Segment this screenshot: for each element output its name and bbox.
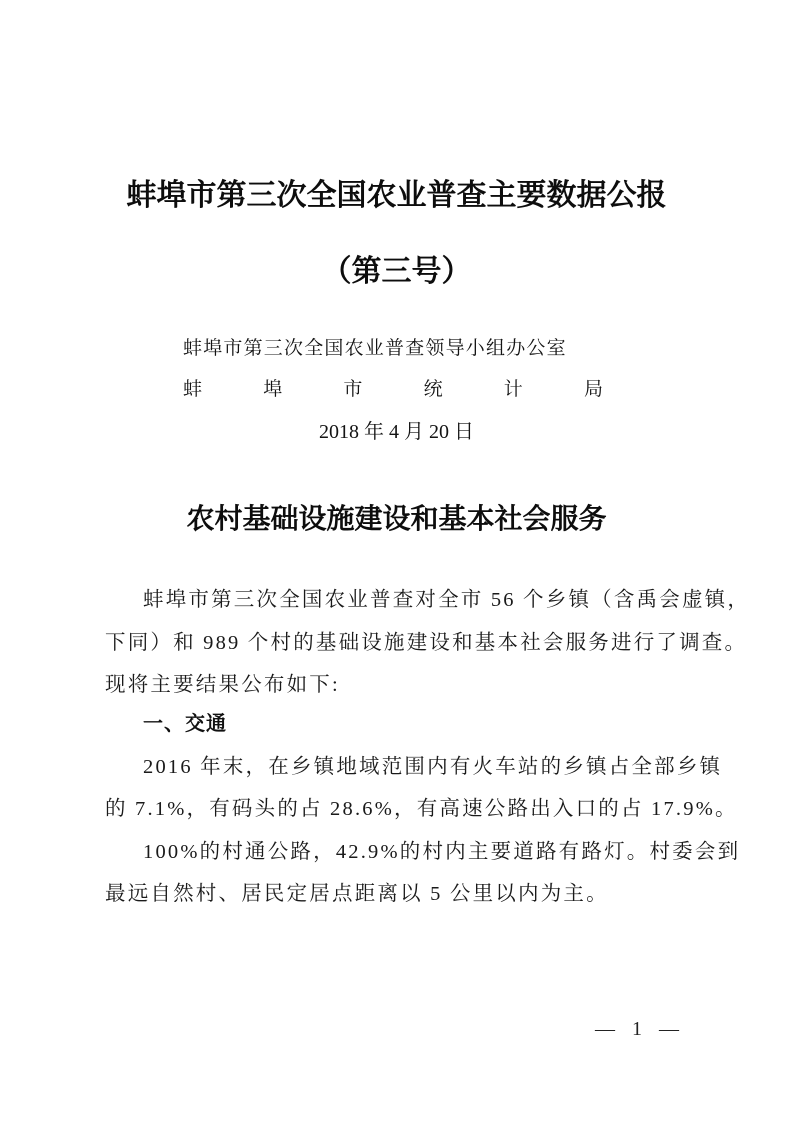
page-number: — 1 —: [595, 1018, 685, 1041]
intro-line-3: 现将主要结果公布如下:: [105, 667, 340, 697]
heading-transport: 一、交通: [143, 707, 227, 736]
issuer-office: 蚌埠市第三次全国农业普查领导小组办公室: [183, 333, 567, 360]
issuer-char: 统: [424, 374, 443, 401]
para1-line-2: 的 7.1%，有码头的占 28.6%，有高速公路出入口的占 17.9%。: [105, 791, 738, 821]
issue-number: （第三号）: [0, 246, 793, 290]
intro-line-2: 下同）和 989 个村的基础设施建设和基本社会服务进行了调查。: [105, 625, 747, 655]
para2-line-1: 100%的村通公路，42.9%的村内主要道路有路灯。村委会到: [143, 834, 740, 864]
section-title: 农村基础设施建设和基本社会服务: [0, 497, 793, 537]
issuer-bureau: 蚌 埠 市 统 计 局: [183, 374, 603, 401]
para2-line-2: 最远自然村、居民定居点距离以 5 公里以内为主。: [105, 876, 609, 906]
issuer-char: 计: [504, 374, 523, 401]
issuer-char: 埠: [263, 374, 282, 401]
publish-date: 2018 年 4 月 20 日: [0, 415, 793, 444]
issuer-char: 市: [343, 374, 362, 401]
intro-line-1: 蚌埠市第三次全国农业普查对全市 56 个乡镇（含禹会虚镇，: [143, 582, 750, 612]
issuer-char: 局: [584, 374, 603, 401]
page-title: 蚌埠市第三次全国农业普查主要数据公报: [0, 170, 793, 214]
issuer-char: 蚌: [183, 374, 202, 401]
para1-line-1: 2016 年末，在乡镇地域范围内有火车站的乡镇占全部乡镇: [143, 749, 722, 779]
